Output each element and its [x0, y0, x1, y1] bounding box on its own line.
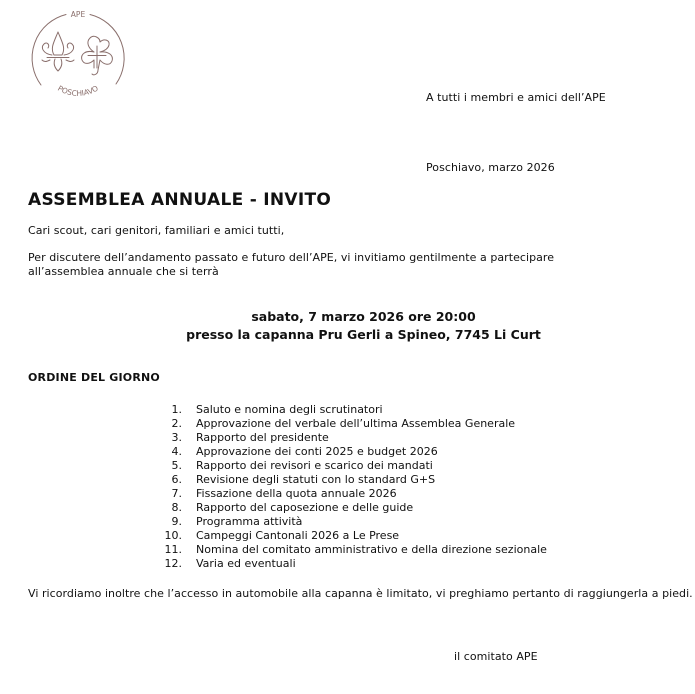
agenda-item-text: Nomina del comitato amministrativo e del…	[196, 543, 547, 557]
agenda-item-text: Approvazione dei conti 2025 e budget 202…	[196, 445, 438, 459]
agenda-title: ORDINE DEL GIORNO	[28, 371, 160, 385]
agenda-item-text: Rapporto del caposezione e delle guide	[196, 501, 413, 515]
agenda-list: 1.Saluto e nomina degli scrutinatori 2.A…	[160, 403, 547, 571]
agenda-item-text: Varia ed eventuali	[196, 557, 296, 571]
agenda-item-number: 7.	[160, 487, 196, 501]
agenda-item-text: Saluto e nomina degli scrutinatori	[196, 403, 383, 417]
agenda-item: 5.Rapporto dei revisori e scarico dei ma…	[160, 459, 547, 473]
agenda-item: 1.Saluto e nomina degli scrutinatori	[160, 403, 547, 417]
signature: il comitato APE	[454, 650, 538, 664]
agenda-item-text: Rapporto dei revisori e scarico dei mand…	[196, 459, 433, 473]
agenda-item: 8.Rapporto del caposezione e delle guide	[160, 501, 547, 515]
document-title: ASSEMBLEA ANNUALE - INVITO	[28, 189, 331, 211]
agenda-item: 10.Campeggi Cantonali 2026 a Le Prese	[160, 529, 547, 543]
agenda-item-number: 12.	[160, 557, 196, 571]
greeting: Cari scout, cari genitori, familiari e a…	[28, 224, 284, 238]
agenda-item-number: 11.	[160, 543, 196, 557]
svg-text:APE: APE	[71, 10, 86, 19]
agenda-item: 3.Rapporto del presidente	[160, 431, 547, 445]
event-details: sabato, 7 marzo 2026 ore 20:00 presso la…	[0, 308, 695, 344]
agenda-item: 9.Programma attività	[160, 515, 547, 529]
agenda-item-text: Revisione degli statuti con lo standard …	[196, 473, 435, 487]
agenda-item-text: Fissazione della quota annuale 2026	[196, 487, 397, 501]
event-datetime: sabato, 7 marzo 2026 ore 20:00	[32, 308, 695, 326]
agenda-item-text: Programma attività	[196, 515, 302, 529]
agenda-item-text: Rapporto del presidente	[196, 431, 329, 445]
agenda-item: 2.Approvazione del verbale dell’ultima A…	[160, 417, 547, 431]
access-notice: Vi ricordiamo inoltre che l’accesso in a…	[28, 587, 693, 601]
agenda-item-number: 3.	[160, 431, 196, 445]
agenda-item-number: 6.	[160, 473, 196, 487]
agenda-item-number: 8.	[160, 501, 196, 515]
agenda-item-number: 2.	[160, 417, 196, 431]
agenda-item: 4.Approvazione dei conti 2025 e budget 2…	[160, 445, 547, 459]
agenda-item: 7.Fissazione della quota annuale 2026	[160, 487, 547, 501]
agenda-item-number: 4.	[160, 445, 196, 459]
agenda-item-number: 9.	[160, 515, 196, 529]
agenda-item: 11.Nomina del comitato amministrativo e …	[160, 543, 547, 557]
agenda-item: 12.Varia ed eventuali	[160, 557, 547, 571]
agenda-item-number: 1.	[160, 403, 196, 417]
ape-poschiavo-logo: APE POSCHIAVO	[28, 8, 128, 108]
svg-text:POSCHIAVO: POSCHIAVO	[56, 84, 100, 98]
intro-line-2: all’assemblea annuale che si terrà	[28, 265, 588, 279]
intro-line-1: Per discutere dell’andamento passato e f…	[28, 251, 588, 265]
place-date: Poschiavo, marzo 2026	[426, 161, 555, 175]
event-location: presso la capanna Pru Gerli a Spineo, 77…	[32, 326, 695, 344]
recipients-line: A tutti i membri e amici dell’APE	[426, 91, 606, 105]
agenda-item-text: Campeggi Cantonali 2026 a Le Prese	[196, 529, 399, 543]
intro-paragraph: Per discutere dell’andamento passato e f…	[28, 251, 588, 279]
agenda-item-text: Approvazione del verbale dell’ultima Ass…	[196, 417, 515, 431]
agenda-item-number: 10.	[160, 529, 196, 543]
scout-emblem-icon: APE POSCHIAVO	[28, 8, 128, 108]
agenda-item-number: 5.	[160, 459, 196, 473]
agenda-item: 6.Revisione degli statuti con lo standar…	[160, 473, 547, 487]
